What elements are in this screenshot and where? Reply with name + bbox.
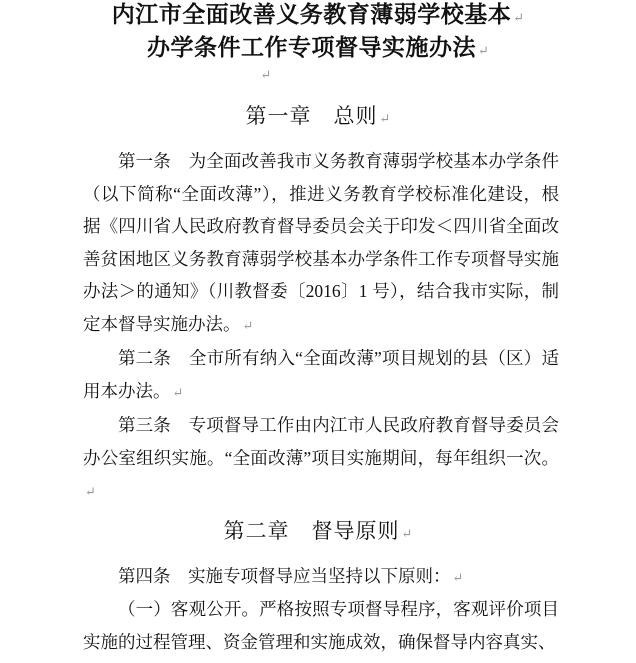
paragraph-mark: ↵: [451, 570, 464, 585]
principle-1-paragraph: （一）客观公开。严格按照专项督导程序，客观评价项目实施的过程管理、资金管理和实施…: [83, 593, 559, 658]
article-2-text: 第二条 全市所有纳入“全面改薄”项目规划的县（区）适用本办法。: [83, 348, 559, 401]
article-1-text: 第一条 为全面改善我市义务教育薄弱学校基本办学条件（以下简称“全面改薄”），推进…: [83, 151, 559, 334]
article-3-text: 第三条 专项督导工作由内江市人民政府教育督导委员会办公室组织实施。“全面改薄”项…: [83, 415, 559, 468]
principle-1-text: （一）客观公开。严格按照专项督导程序，客观评价项目实施的过程管理、资金管理和实施…: [83, 599, 559, 652]
chapter-1-heading: 第一章 总则↵: [0, 101, 636, 134]
empty-paragraph-line: ↵: [0, 60, 530, 90]
article-2-paragraph: 第二条 全市所有纳入“全面改薄”项目规划的县（区）适用本办法。↵: [83, 342, 559, 409]
chapter-1-body: 第一条 为全面改善我市义务教育薄弱学校基本办学条件（以下简称“全面改薄”），推进…: [83, 145, 559, 509]
article-3-paragraph: 第三条 专项督导工作由内江市人民政府教育督导委员会办公室组织实施。“全面改薄”项…: [83, 409, 559, 509]
paragraph-mark: ↵: [171, 385, 184, 400]
chapter-2-heading: 第二章 督导原则↵: [0, 516, 636, 549]
chapter-2-body-item-1: （一）客观公开。严格按照专项督导程序，客观评价项目实施的过程管理、资金管理和实施…: [83, 593, 559, 658]
chapter-2-heading-text: 第二章 督导原则: [224, 519, 400, 543]
paragraph-mark: ↵: [400, 526, 413, 541]
paragraph-mark: ↵: [476, 43, 489, 58]
document-page: 内江市全面改善义务教育薄弱学校基本↵ 办学条件工作专项督导实施办法↵ ↵ 第一章…: [0, 0, 636, 663]
title-line-1-text: 内江市全面改善义务教育薄弱学校基本: [112, 2, 512, 27]
article-1-paragraph: 第一条 为全面改善我市义务教育薄弱学校基本办学条件（以下简称“全面改薄”），推进…: [83, 145, 559, 342]
paragraph-mark: ↵: [83, 484, 96, 499]
paragraph-mark: ↵: [378, 111, 391, 126]
paragraph-mark: ↵: [241, 318, 254, 333]
document-title-line-1: 内江市全面改善义务教育薄弱学校基本↵: [0, 0, 636, 33]
paragraph-mark: ↵: [259, 67, 272, 82]
chapter-2-body-article-4: 第四条 实施专项督导应当坚持以下原则：↵: [83, 560, 559, 595]
article-4-paragraph: 第四条 实施专项督导应当坚持以下原则：↵: [83, 560, 559, 595]
article-4-text: 第四条 实施专项督导应当坚持以下原则：: [118, 566, 451, 586]
document-title: 内江市全面改善义务教育薄弱学校基本↵ 办学条件工作专项督导实施办法↵: [0, 0, 636, 66]
line-break-mark: ↵: [511, 10, 524, 25]
title-line-2-text: 办学条件工作专项督导实施办法: [147, 35, 476, 60]
chapter-1-heading-text: 第一章 总则: [246, 104, 378, 128]
